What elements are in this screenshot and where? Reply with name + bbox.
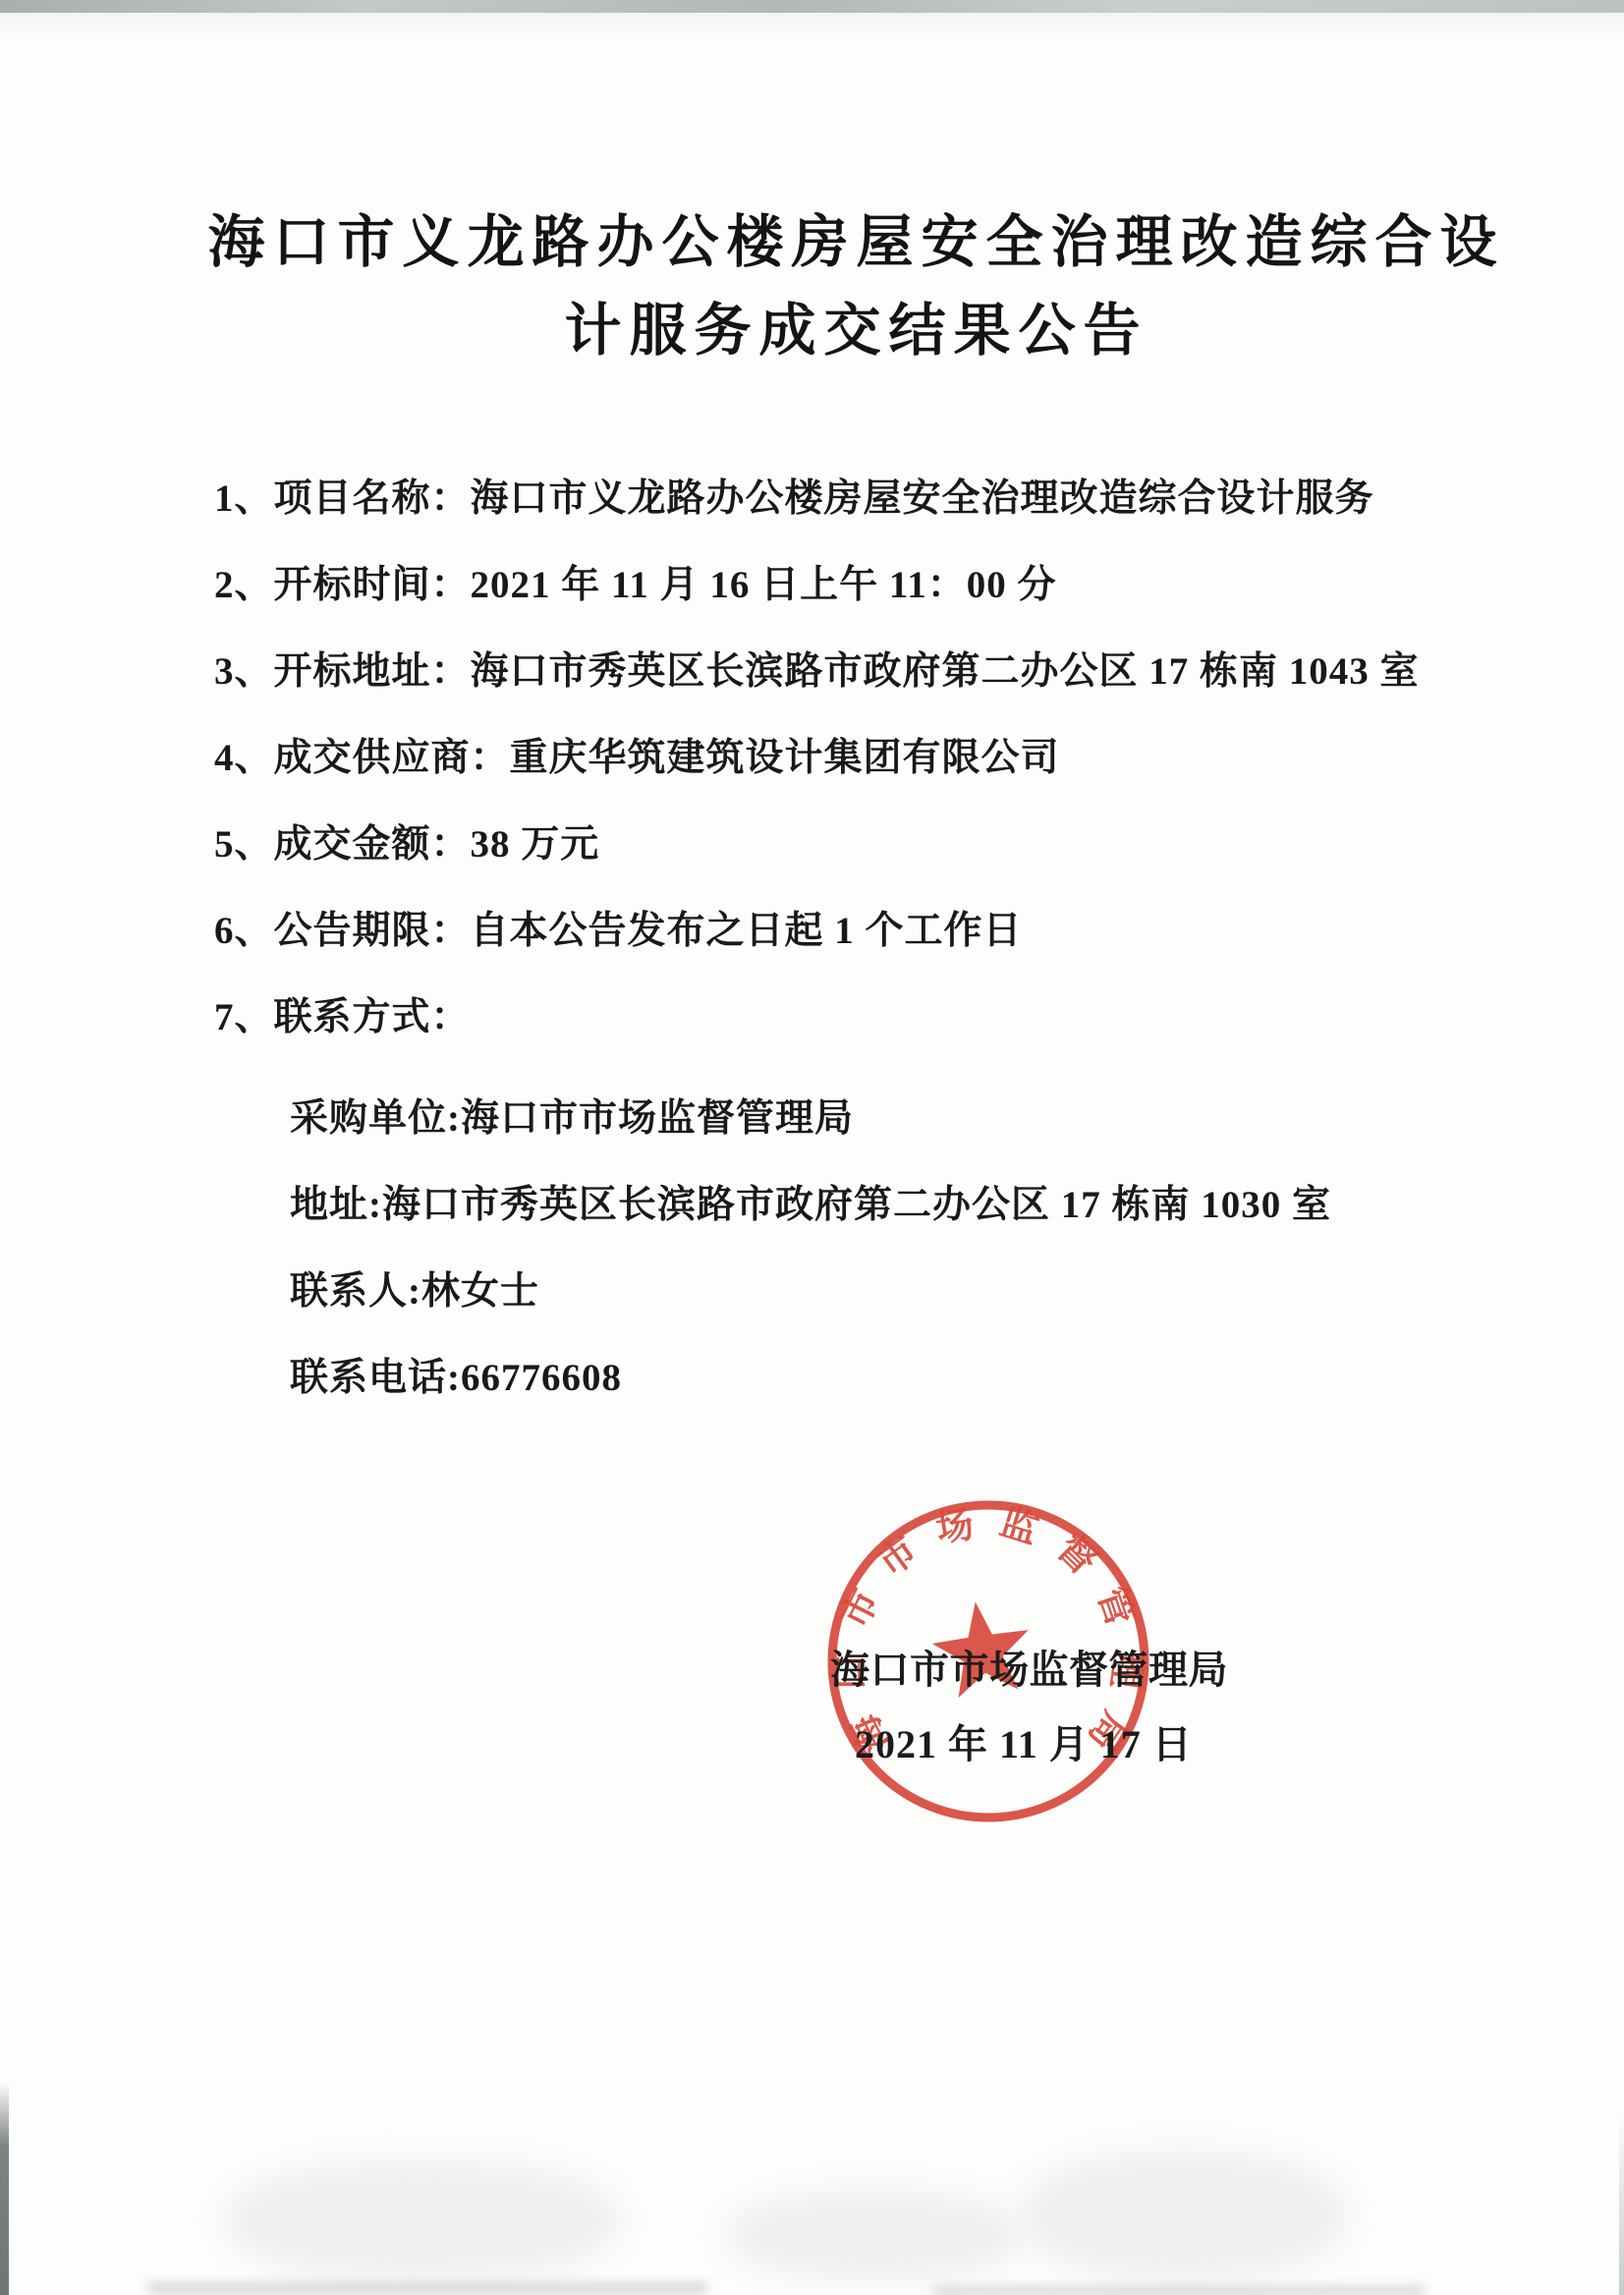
scan-edge-left (0, 2083, 9, 2295)
item-bid-opening-address: 3、开标地址：海口市秀英区长滨路市政府第二办公区 17 栋南 1043 室 (214, 629, 1511, 715)
item-project-name: 1、项目名称：海口市义龙路办公楼房屋安全治理改造综合设计服务 (214, 456, 1511, 542)
page-bleedthrough-artifact (1022, 2152, 1346, 2279)
scan-haze-top (0, 13, 1624, 38)
page-bleedthrough-artifact (727, 2191, 1022, 2279)
item-announcement-period: 6、公告期限：自本公告发布之日起 1 个工作日 (214, 888, 1511, 975)
signature-organization: 海口市市场监督管理局 (830, 1639, 1228, 1695)
item-contact-info-heading: 7、联系方式： (214, 975, 1511, 1061)
contact-phone: 联系电话:66776608 (290, 1335, 1508, 1422)
scan-edge-top (0, 0, 1624, 13)
contact-address: 地址:海口市秀英区长滨路市政府第二办公区 17 栋南 1030 室 (290, 1162, 1508, 1249)
document-title-line1: 海口市义龙路办公楼房屋安全治理改造综合设 (88, 198, 1624, 287)
announcement-page: { "title": { "line1": "海口市义龙路办公楼房屋安全治理改造… (0, 0, 1624, 2295)
scan-edge-right (1619, 2112, 1624, 2295)
item-bid-opening-time: 2、开标时间：2021 年 11 月 16 日上午 11：00 分 (214, 542, 1511, 629)
signature-date: 2021 年 11 月 17 日 (855, 1713, 1193, 1769)
document-title: 海口市义龙路办公楼房屋安全治理改造综合设 计服务成交结果公告 (0, 198, 1624, 375)
contact-person: 联系人:林女士 (290, 1249, 1508, 1335)
scan-smudge-bottom (147, 2281, 707, 2295)
announcement-item-list: 1、项目名称：海口市义龙路办公楼房屋安全治理改造综合设计服务 2、开标时间：20… (214, 456, 1511, 1061)
page-bleedthrough-artifact (226, 2161, 619, 2279)
document-title-line2: 计服务成交结果公告 (88, 287, 1624, 375)
item-award-amount: 5、成交金额：38 万元 (214, 802, 1511, 888)
item-awarded-supplier: 4、成交供应商：重庆华筑建筑设计集团有限公司 (214, 715, 1511, 802)
contact-block: 采购单位:海口市市场监督管理局 地址:海口市秀英区长滨路市政府第二办公区 17 … (290, 1076, 1508, 1422)
contact-purchasing-unit: 采购单位:海口市市场监督管理局 (290, 1076, 1508, 1162)
scan-smudge-bottom (933, 2285, 1425, 2295)
